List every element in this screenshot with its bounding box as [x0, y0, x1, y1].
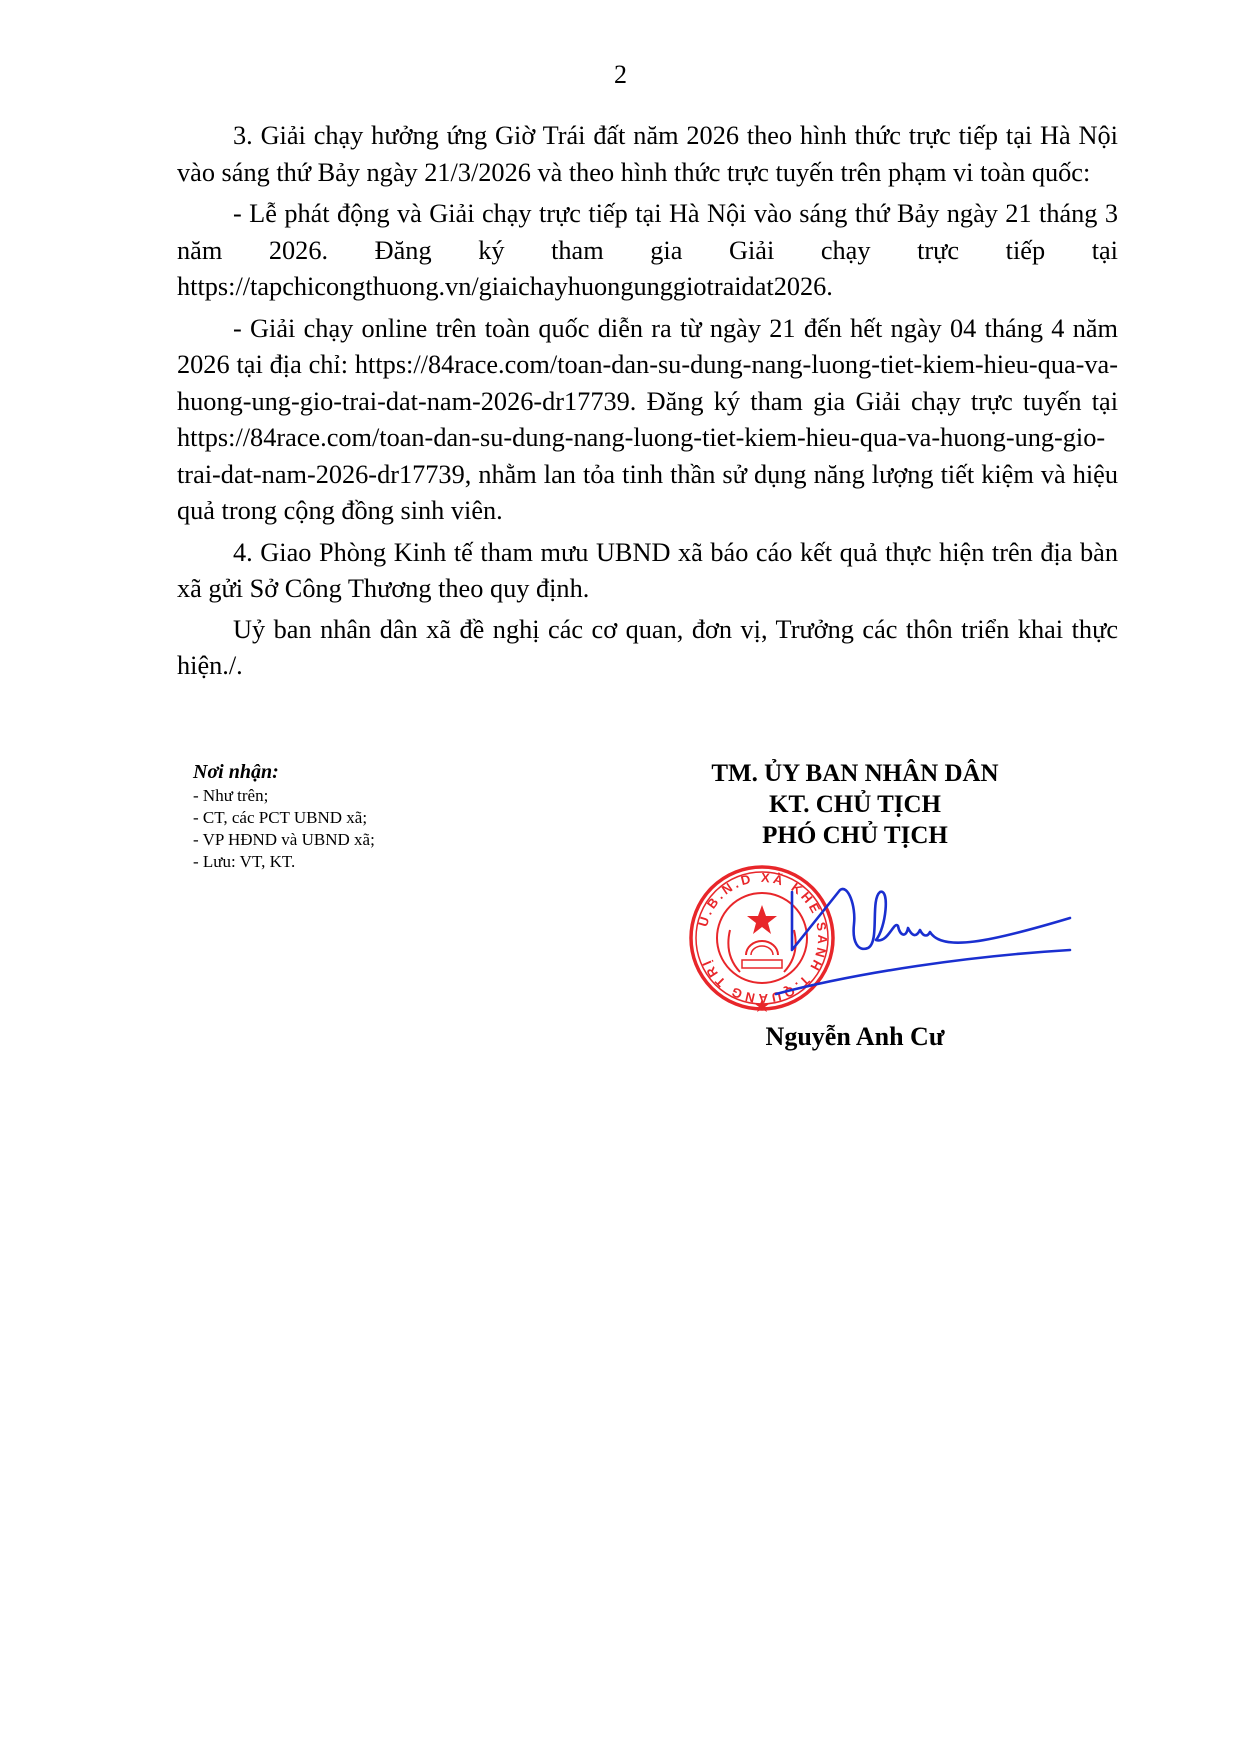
recipients-title: Nơi nhận: [193, 760, 375, 784]
signer-name: Nguyễn Anh Cư [650, 1022, 1060, 1052]
recipients-block: Nơi nhận: - Như trên; - CT, các PCT UBND… [193, 760, 375, 873]
signature-title-line: TM. ỦY BAN NHÂN DÂN [650, 758, 1060, 789]
page-number: 2 [0, 60, 1241, 90]
recipient-item: - VP HĐND và UBND xã; [193, 829, 375, 851]
paragraph-closing: Uỷ ban nhân dân xã đề nghị các cơ quan, … [177, 612, 1118, 685]
signature-title-line: KT. CHỦ TỊCH [650, 789, 1060, 820]
recipient-item: - CT, các PCT UBND xã; [193, 807, 375, 829]
stamp-and-signature: U.B.N.D XÃ KHE SANH T.QUẢNG TRỊ [680, 860, 1080, 1020]
document-body: 3. Giải chạy hưởng ứng Giờ Trái đất năm … [177, 118, 1118, 690]
recipient-item: - Lưu: VT, KT. [193, 851, 375, 873]
signature-block: TM. ỦY BAN NHÂN DÂN KT. CHỦ TỊCH PHÓ CHỦ… [650, 758, 1060, 851]
paragraph-item-3: 3. Giải chạy hưởng ứng Giờ Trái đất năm … [177, 118, 1118, 191]
recipient-item: - Như trên; [193, 785, 375, 807]
paragraph-direct-race: - Lễ phát động và Giải chạy trực tiếp tạ… [177, 196, 1118, 306]
official-seal-icon: U.B.N.D XÃ KHE SANH T.QUẢNG TRỊ [691, 867, 833, 1012]
paragraph-item-4: 4. Giao Phòng Kinh tế tham mưu UBND xã b… [177, 535, 1118, 608]
paragraph-online-race: - Giải chạy online trên toàn quốc diễn r… [177, 311, 1118, 530]
signature-title-line: PHÓ CHỦ TỊCH [650, 820, 1060, 851]
